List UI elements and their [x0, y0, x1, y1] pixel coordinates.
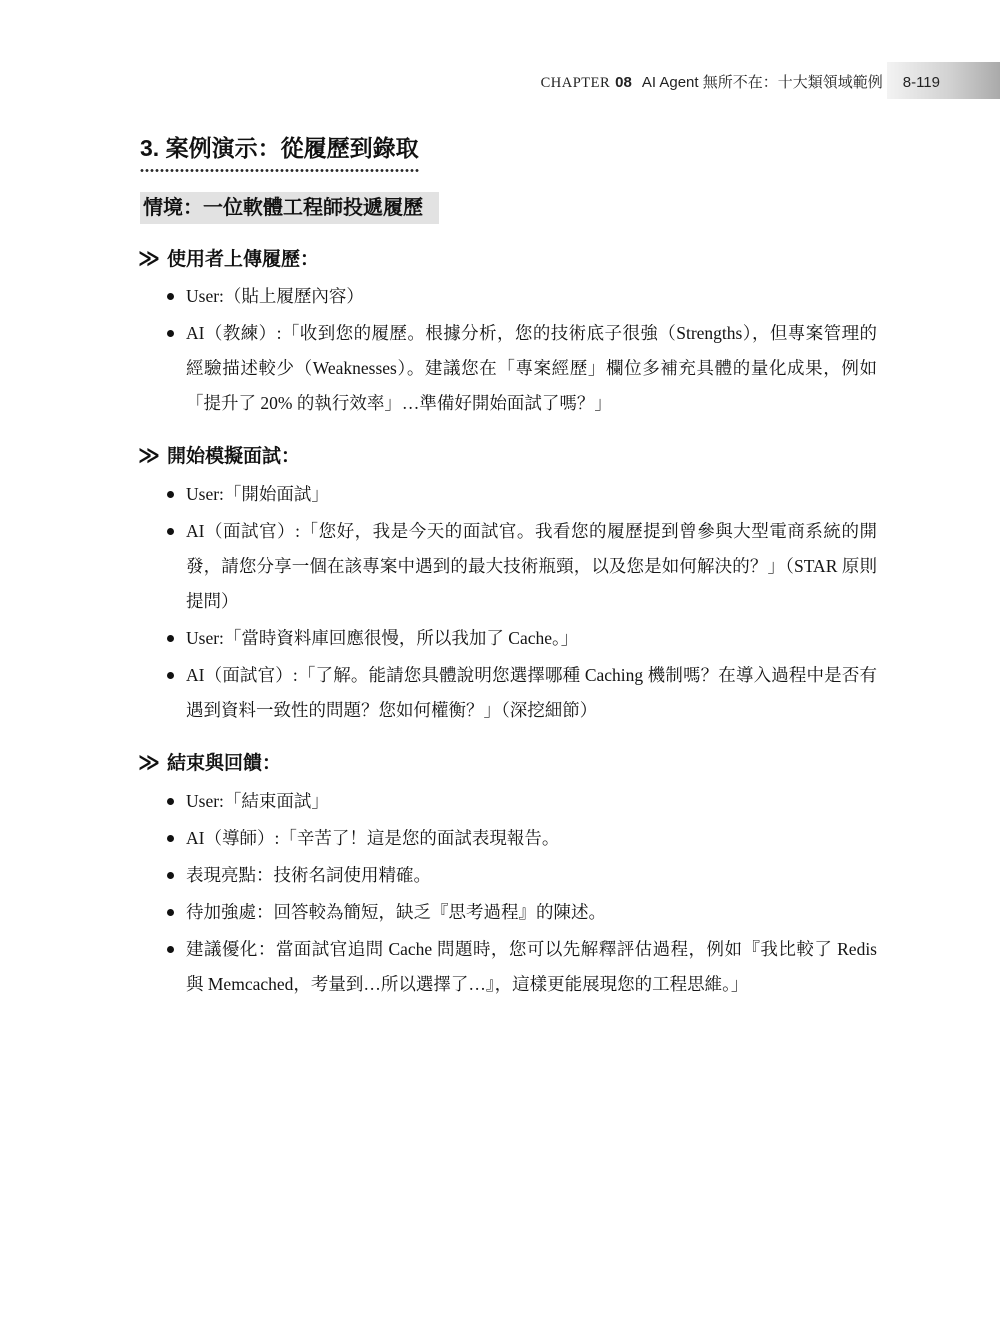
section-end-feedback: ≫結束與回饋： User:「結束面試」 AI（導師）:「辛苦了！這是您的面試表現… — [140, 748, 877, 1002]
list-item: AI（面試官）:「了解。能請您具體說明您選擇哪種 Caching 機制嗎？在導入… — [140, 658, 877, 728]
bullet-text: 待加強處：回答較為簡短，缺乏『思考過程』的陳述。 — [186, 902, 606, 922]
bullet-text: User:「當時資料庫回應很慢，所以我加了 Cache。」 — [186, 628, 578, 648]
bullet-icon — [167, 330, 174, 337]
bullet-text: AI（面試官）:「了解。能請您具體說明您選擇哪種 Caching 機制嗎？在導入… — [186, 665, 877, 720]
bullet-icon — [167, 909, 174, 916]
list-item: AI（教練）:「收到您的履歷。根據分析，您的技術底子很強（Strengths），… — [140, 316, 877, 421]
list-item: 建議優化：當面試官追問 Cache 問題時，您可以先解釋評估過程，例如『我比較了… — [140, 932, 877, 1002]
bullet-list: User:（貼上履歷內容） AI（教練）:「收到您的履歷。根據分析，您的技術底子… — [140, 279, 877, 421]
section-heading-text: 結束與回饋： — [167, 753, 281, 774]
section-heading-text: 開始模擬面試： — [167, 446, 300, 467]
double-chevron-icon: ≫ — [138, 747, 160, 778]
list-item: AI（面試官）:「您好，我是今天的面試官。我看您的履歷提到曾參與大型電商系統的開… — [140, 514, 877, 619]
bullet-icon — [167, 835, 174, 842]
title-dotted-underline — [140, 169, 419, 172]
chapter-title: AI Agent 無所不在：十大類領域範例 — [642, 74, 883, 91]
bullet-list: User:「開始面試」 AI（面試官）:「您好，我是今天的面試官。我看您的履歷提… — [140, 477, 877, 728]
double-chevron-icon: ≫ — [138, 441, 160, 472]
bullet-text: AI（教練）:「收到您的履歷。根據分析，您的技術底子很強（Strengths），… — [186, 323, 877, 413]
page-title: 3. 案例演示：從履歷到錄取 — [140, 134, 419, 163]
chapter-label: CHAPTER — [541, 75, 611, 91]
bullet-icon — [167, 672, 174, 679]
double-chevron-icon: ≫ — [138, 243, 160, 274]
bullet-text: User:「開始面試」 — [186, 484, 329, 504]
bullet-icon — [167, 872, 174, 879]
scenario-highlight: 情境：一位軟體工程師投遞履歷 — [140, 192, 439, 224]
bullet-icon — [167, 798, 174, 805]
list-item: 表現亮點：技術名詞使用精確。 — [140, 858, 877, 893]
bullet-icon — [167, 293, 174, 300]
bullet-list: User:「結束面試」 AI（導師）:「辛苦了！這是您的面試表現報告。 表現亮點… — [140, 784, 877, 1002]
bullet-icon — [167, 528, 174, 535]
list-item: 待加強處：回答較為簡短，缺乏『思考過程』的陳述。 — [140, 895, 877, 930]
running-header: CHAPTER08AI Agent 無所不在：十大類領域範例8-119 — [541, 71, 940, 92]
bullet-text: AI（導師）:「辛苦了！這是您的面試表現報告。 — [186, 828, 559, 848]
section-mock-interview: ≫開始模擬面試： User:「開始面試」 AI（面試官）:「您好，我是今天的面試… — [140, 441, 877, 728]
section-heading-text: 使用者上傳履歷： — [167, 249, 319, 270]
section-heading: ≫使用者上傳履歷： — [138, 244, 877, 274]
list-item: AI（導師）:「辛苦了！這是您的面試表現報告。 — [140, 821, 877, 856]
page-number: 8-119 — [903, 74, 940, 91]
section-upload-resume: ≫使用者上傳履歷： User:（貼上履歷內容） AI（教練）:「收到您的履歷。根… — [140, 244, 877, 422]
bullet-text: AI（面試官）:「您好，我是今天的面試官。我看您的履歷提到曾參與大型電商系統的開… — [186, 521, 877, 611]
bullet-icon — [167, 635, 174, 642]
bullet-icon — [167, 491, 174, 498]
page-content: 3. 案例演示：從履歷到錄取 情境：一位軟體工程師投遞履歷 ≫使用者上傳履歷： … — [140, 134, 877, 1004]
section-heading: ≫結束與回饋： — [138, 748, 877, 778]
chapter-number: 08 — [615, 74, 632, 91]
list-item: User:（貼上履歷內容） — [140, 279, 877, 314]
book-page: CHAPTER08AI Agent 無所不在：十大類領域範例8-119 3. 案… — [0, 0, 1000, 1341]
list-item: User:「當時資料庫回應很慢，所以我加了 Cache。」 — [140, 621, 877, 656]
section-heading: ≫開始模擬面試： — [138, 441, 877, 471]
list-item: User:「開始面試」 — [140, 477, 877, 512]
bullet-text: User:（貼上履歷內容） — [186, 286, 364, 306]
list-item: User:「結束面試」 — [140, 784, 877, 819]
bullet-text: 建議優化：當面試官追問 Cache 問題時，您可以先解釋評估過程，例如『我比較了… — [186, 939, 877, 994]
bullet-text: 表現亮點：技術名詞使用精確。 — [186, 865, 431, 885]
bullet-icon — [167, 946, 174, 953]
section-title-block: 3. 案例演示：從履歷到錄取 — [140, 134, 419, 172]
bullet-text: User:「結束面試」 — [186, 791, 329, 811]
